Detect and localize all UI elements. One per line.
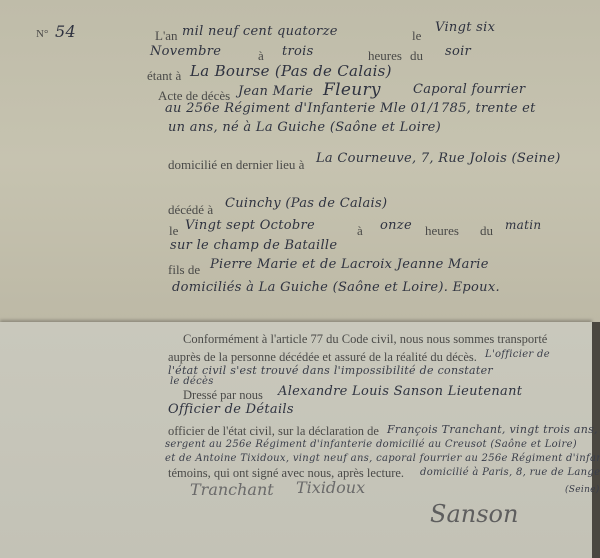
- officier-line: officier de l'état civil, sur la déclara…: [168, 424, 379, 439]
- witness2-dept-handwritten: (Seine): [565, 485, 600, 495]
- etant-label: étant à: [147, 68, 181, 84]
- birth-handwritten: un ans, né à La Guiche (Saône et Loire): [168, 120, 441, 135]
- month-handwritten: Novembre: [150, 44, 221, 59]
- officer-title-handwritten: Officier de Détails: [168, 402, 294, 417]
- day-handwritten: Vingt six: [435, 20, 495, 35]
- page-edge-shadow: [592, 322, 600, 558]
- given-name-handwritten: Jean Marie: [238, 84, 313, 99]
- death-location-handwritten: sur le champ de Bataille: [170, 238, 337, 253]
- du-label: du: [410, 48, 423, 64]
- note-line2-handwritten: l'état civil s'est trouvé dans l'impossi…: [168, 364, 493, 377]
- witness2-handwritten: et de Antoine Tixidoux, vingt neuf ans, …: [165, 453, 600, 464]
- officer-name-handwritten: Alexandre Louis Sanson Lieutenant: [278, 384, 522, 399]
- death-date-handwritten: Vingt sept Octobre: [185, 218, 315, 233]
- rank-handwritten: Caporal fourrier: [413, 82, 525, 97]
- le-label: le: [412, 28, 421, 44]
- a2-label: à: [357, 223, 363, 239]
- place-handwritten: La Bourse (Pas de Calais): [190, 62, 392, 80]
- temoins-line: témoins, qui ont signé avec nous, après …: [168, 466, 404, 481]
- signature-sanson: Sanson: [430, 500, 518, 528]
- year-handwritten: mil neuf cent quatorze: [182, 24, 338, 39]
- du2-label: du: [480, 223, 493, 239]
- conforme-line2: auprès de la personne décédée et assuré …: [168, 350, 477, 365]
- number-label: N°: [36, 28, 48, 40]
- death-place-handwritten: Cuinchy (Pas de Calais): [225, 196, 387, 211]
- le2-label: le: [169, 223, 178, 239]
- fils-label: fils de: [168, 262, 200, 278]
- death-period-handwritten: matin: [505, 218, 541, 232]
- conforme-line1: Conformément à l'article 77 du Code civi…: [183, 332, 547, 347]
- dresse-label: Dressé par nous: [183, 388, 263, 403]
- hour-handwritten: trois: [282, 44, 314, 59]
- signature-tixidoux: Tixidoux: [296, 478, 365, 497]
- domicile-handwritten: La Courneuve, 7, Rue Jolois (Seine): [316, 151, 561, 166]
- family-name-handwritten: Fleury: [323, 80, 381, 100]
- lan-label: L'an: [155, 28, 178, 44]
- witness2-domicile-handwritten: domicilié à Paris, 8, rue de Langeac: [420, 467, 600, 478]
- witness1-handwritten: François Tranchant, vingt trois ans,: [387, 423, 598, 436]
- period-handwritten: soir: [445, 44, 471, 59]
- domicile-label: domicilié en dernier lieu à: [168, 157, 304, 173]
- parents-handwritten: Pierre Marie et de Lacroix Jeanne Marie: [210, 257, 489, 272]
- signature-tranchant: Tranchant: [190, 480, 274, 499]
- heures2-label: heures: [425, 223, 459, 239]
- death-hour-handwritten: onze: [380, 218, 412, 233]
- decede-label: décédé à: [168, 202, 213, 218]
- regiment-handwritten: au 256e Régiment d'Infanterie Mle 01/178…: [165, 101, 536, 116]
- act-number: 54: [55, 22, 76, 41]
- note-line1-handwritten: L'officier de: [485, 349, 550, 360]
- parents-domicile-handwritten: domiciliés à La Guiche (Saône et Loire).…: [172, 280, 500, 295]
- note-line3-handwritten: le décès: [170, 376, 214, 387]
- witness1-line2-handwritten: sergent au 256e Régiment d'infanterie do…: [165, 439, 577, 450]
